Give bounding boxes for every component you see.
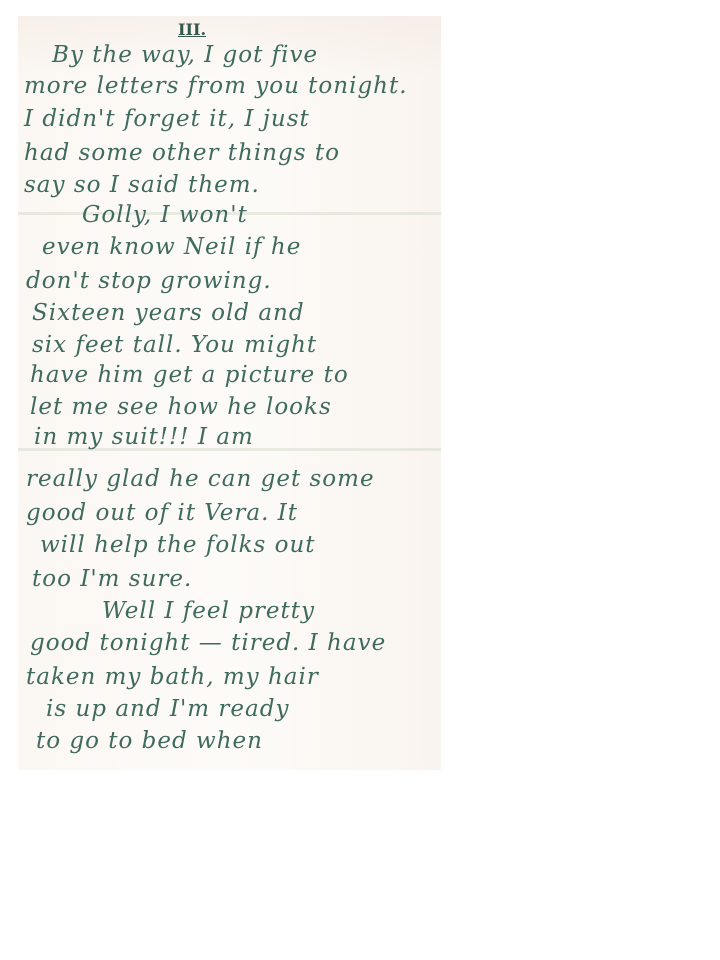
text-line: let me see how he looks <box>30 394 332 420</box>
text-line: good out of it Vera. It <box>26 500 298 526</box>
page-number: III. <box>178 20 206 39</box>
text-line: Sixteen years old and <box>32 300 305 326</box>
text-line: in my suit!!! I am <box>34 424 254 450</box>
text-line: Golly, I won't <box>82 202 248 228</box>
text-line: too I'm sure. <box>32 566 192 592</box>
text-line: I didn't forget it, I just <box>24 106 310 132</box>
text-line: have him get a picture to <box>30 362 349 388</box>
text-line: had some other things to <box>24 140 340 166</box>
text-line: more letters from you tonight. <box>24 73 408 99</box>
text-line: taken my bath, my hair <box>26 664 319 690</box>
text-line: say so I said them. <box>24 172 260 198</box>
text-line: good tonight — tired. I have <box>30 630 386 656</box>
text-line: really glad he can get some <box>26 466 375 492</box>
text-line: even know Neil if he <box>42 234 301 260</box>
text-line: will help the folks out <box>40 532 316 558</box>
text-line: is up and I'm ready <box>46 696 289 722</box>
text-line: By the way, I got five <box>52 42 318 68</box>
text-line: to go to bed when <box>36 728 263 754</box>
letter-page: III. By the way, I got fivemore letters … <box>18 16 441 770</box>
text-line: six feet tall. You might <box>32 332 317 358</box>
text-line: Well I feel pretty <box>102 598 315 624</box>
text-line: don't stop growing. <box>26 268 272 294</box>
